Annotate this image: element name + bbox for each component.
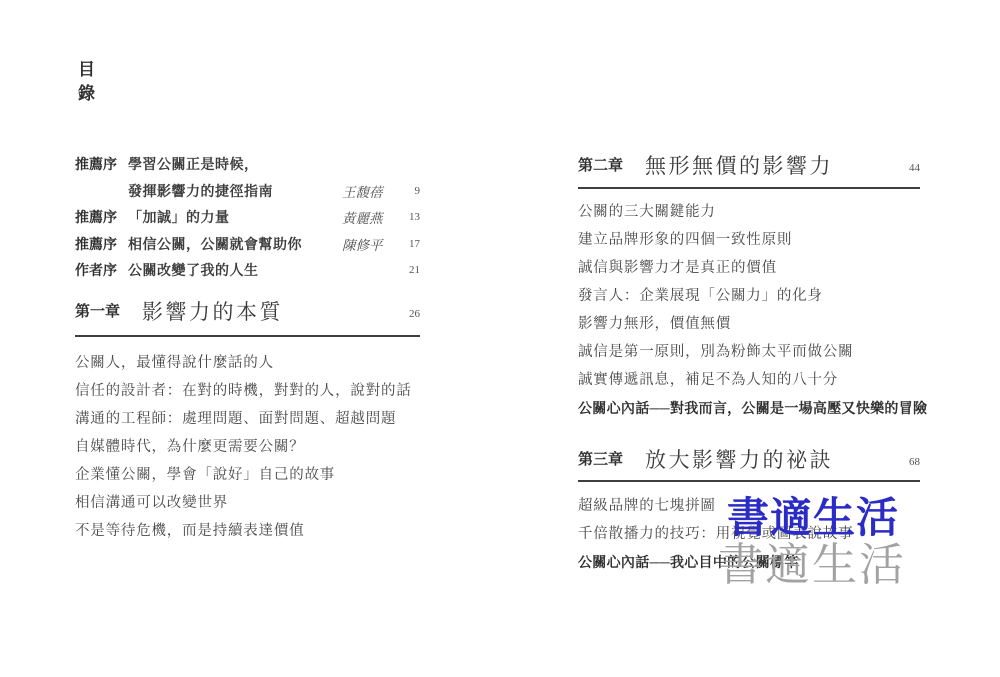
section-item: 企業懂公關，學會「說好」自己的故事 xyxy=(75,461,420,489)
chapter-heading: 第一章 影響力的本質 26 xyxy=(75,299,420,325)
section-item: 誠信與影響力才是真正的價值 xyxy=(578,254,920,282)
front-matter-title: 相信公關，公關就會幫助你 xyxy=(128,234,322,254)
front-matter-page-number: 21 xyxy=(390,264,420,276)
chapter-title: 影響力的本質 xyxy=(142,299,283,325)
left-page-column: 推薦序 學習公關正是時候， 發揮影響力的捷徑指南 王馥蓓 9 推薦序 「加誠」的… xyxy=(75,0,420,677)
front-matter-label: 作者序 xyxy=(75,260,128,280)
front-matter-page-number: 13 xyxy=(390,211,420,223)
front-matter-row: 推薦序 學習公關正是時候， xyxy=(75,151,420,178)
front-matter-page-number: 17 xyxy=(390,238,420,250)
chapter-section-list: 公關的三大關鍵能力 建立品牌形象的四個一致性原則 誠信與影響力才是真正的價值 發… xyxy=(578,198,920,422)
section-item: 影響力無形，價值無價 xyxy=(578,310,920,338)
section-item: 誠實傳遞訊息，補足不為人知的八十分 xyxy=(578,366,920,394)
chapter-label: 第一章 xyxy=(75,300,120,325)
front-matter-author: 黃麗燕 xyxy=(342,207,390,227)
right-page-column: 第二章 無形無價的影響力 44 公關的三大關鍵能力 建立品牌形象的四個一致性原則… xyxy=(578,0,920,677)
section-item-highlight: 公關心內話──我心目中的公關標竿 xyxy=(578,548,920,576)
section-item: 千倍散播力的技巧：用視覺或圖表說故事 xyxy=(578,520,920,548)
section-item: 不是等待危機，而是持續表達價值 xyxy=(75,517,420,545)
front-matter-title: 發揮影響力的捷徑指南 xyxy=(128,181,322,201)
chapter-page-number: 68 xyxy=(909,456,920,473)
chapter-page-number: 26 xyxy=(409,308,420,325)
toc-spread: 目錄 推薦序 學習公關正是時候， 發揮影響力的捷徑指南 王馥蓓 9 推薦序 「加… xyxy=(0,0,1000,677)
front-matter-title: 學習公關正是時候， xyxy=(128,154,322,174)
section-item: 信任的設計者：在對的時機，對對的人，說對的話 xyxy=(75,377,420,405)
chapter-rule xyxy=(75,335,420,337)
chapter-heading: 第二章 無形無價的影響力 44 xyxy=(578,153,920,179)
front-matter-row: 作者序 公關改變了我的人生 21 xyxy=(75,257,420,284)
front-matter-title: 公關改變了我的人生 xyxy=(128,260,322,280)
front-matter-label: 推薦序 xyxy=(75,234,128,254)
section-item: 誠信是第一原則，別為粉飾太平而做公關 xyxy=(578,338,920,366)
section-item: 自媒體時代，為什麼更需要公關？ xyxy=(75,433,420,461)
chapter-title: 放大影響力的祕訣 xyxy=(645,447,833,473)
front-matter-author: 王馥蓓 xyxy=(342,181,390,201)
section-item: 公關人，最懂得說什麼話的人 xyxy=(75,349,420,377)
front-matter-title: 「加誠」的力量 xyxy=(128,207,322,227)
front-matter-page-number: 9 xyxy=(390,185,420,197)
chapter-rule xyxy=(578,480,920,482)
chapter-label: 第三章 xyxy=(578,448,623,473)
front-matter-list: 推薦序 學習公關正是時候， 發揮影響力的捷徑指南 王馥蓓 9 推薦序 「加誠」的… xyxy=(75,151,420,284)
chapter-section-list: 超級品牌的七塊拼圖 千倍散播力的技巧：用視覺或圖表說故事 公關心內話──我心目中… xyxy=(578,492,920,576)
front-matter-author: 陳修平 xyxy=(342,234,390,254)
section-item: 溝通的工程師：處理問題、面對問題、超越問題 xyxy=(75,405,420,433)
section-item: 超級品牌的七塊拼圖 xyxy=(578,492,920,520)
section-item: 建立品牌形象的四個一致性原則 xyxy=(578,226,920,254)
section-item: 公關的三大關鍵能力 xyxy=(578,198,920,226)
section-item: 發言人：企業展現「公關力」的化身 xyxy=(578,282,920,310)
chapter-heading: 第三章 放大影響力的祕訣 68 xyxy=(578,447,920,473)
section-item-highlight: 公關心內話──對我而言，公關是一場高壓又快樂的冒險 xyxy=(578,394,920,422)
front-matter-row: 推薦序 「加誠」的力量 黃麗燕 13 xyxy=(75,204,420,231)
front-matter-row: 推薦序 相信公關，公關就會幫助你 陳修平 17 xyxy=(75,231,420,258)
chapter-label: 第二章 xyxy=(578,154,623,179)
chapter-page-number: 44 xyxy=(909,162,920,179)
chapter-rule xyxy=(578,187,920,189)
front-matter-label: 推薦序 xyxy=(75,207,128,227)
front-matter-row: 發揮影響力的捷徑指南 王馥蓓 9 xyxy=(75,178,420,205)
section-item: 相信溝通可以改變世界 xyxy=(75,489,420,517)
chapter-section-list: 公關人，最懂得說什麼話的人 信任的設計者：在對的時機，對對的人，說對的話 溝通的… xyxy=(75,349,420,545)
chapter-title: 無形無價的影響力 xyxy=(645,153,833,179)
front-matter-label: 推薦序 xyxy=(75,154,128,174)
